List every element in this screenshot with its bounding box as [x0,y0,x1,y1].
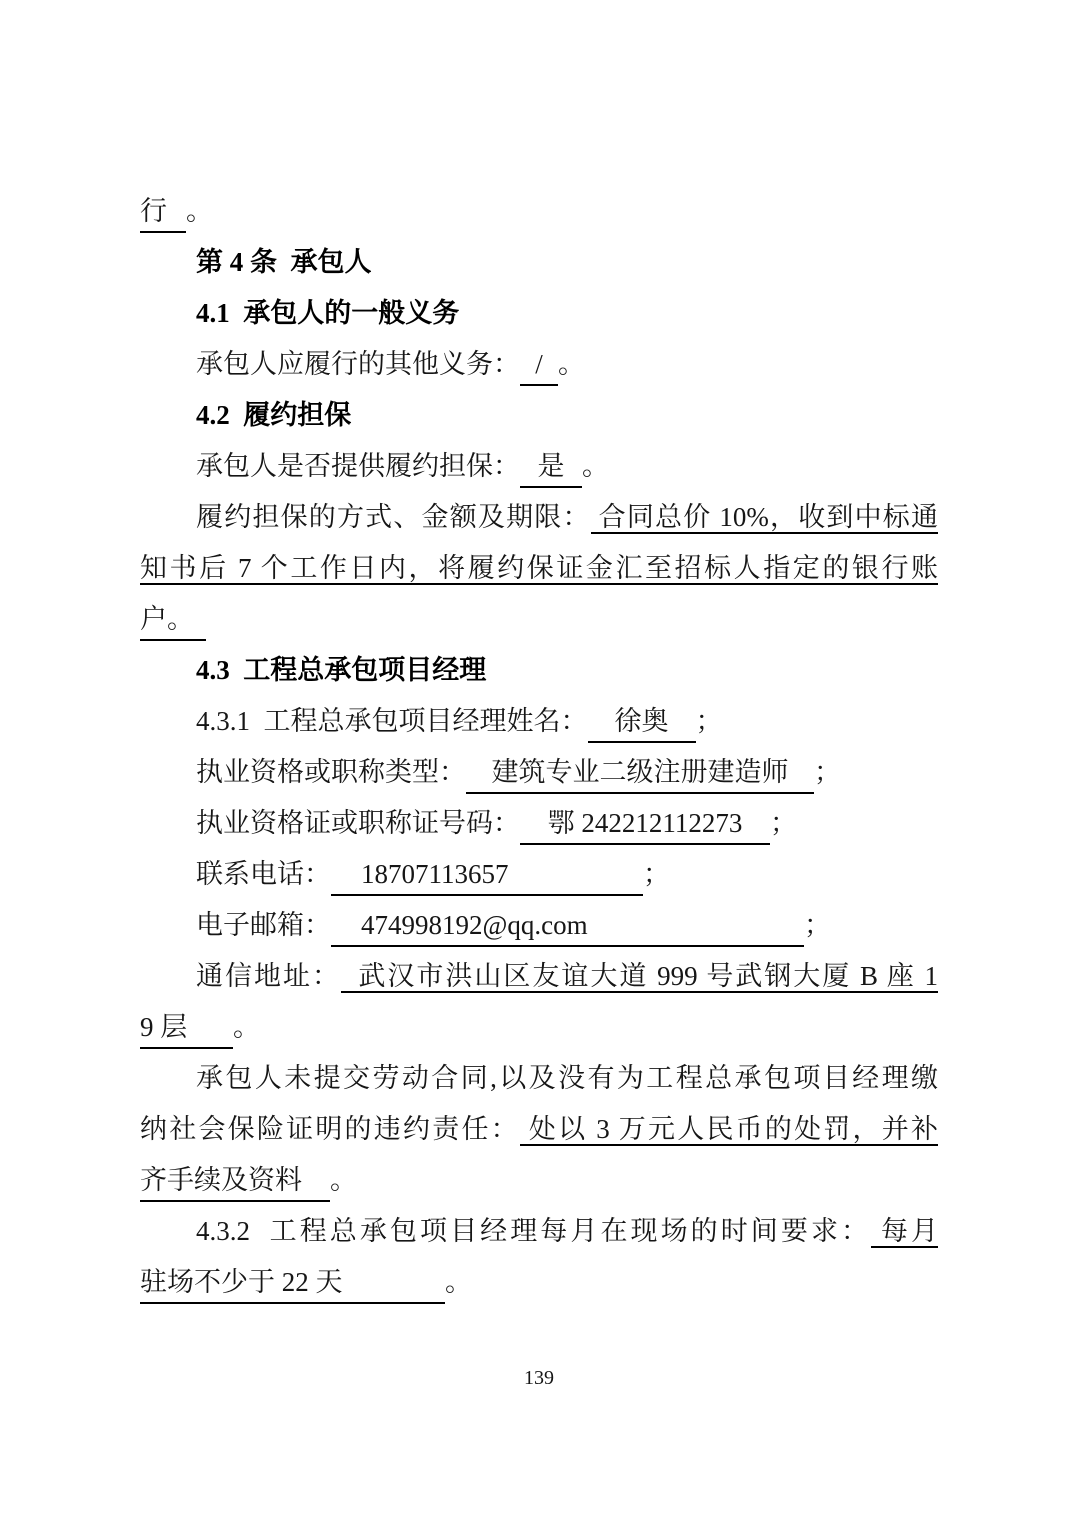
fill-email: 474998192@qq.com [331,905,804,947]
fill-liability-line3: 齐手续及资料 [140,1160,330,1202]
fill-guarantee-provide: 是 [520,446,582,488]
para-guarantee-provide: 承包人是否提供履约担保：是。 [140,441,938,492]
para-liability-line2: 纳社会保险证明的违约责任： 处以 3 万元人民币的处罚，并补 [140,1104,938,1155]
fill-address-line1: 武汉市洪山区友谊大道 999 号武钢大厦 B 座 1 [341,961,938,993]
para-email: 电子邮箱：474998192@qq.com； [140,900,938,951]
para-guarantee-mode-line3: 户。 [140,594,938,645]
para-address-line2: 9 层。 [140,1002,938,1053]
fill-manager-name: 徐奥 [588,701,696,743]
manager-name-label: 4.3.1 工程总承包项目经理姓名： [196,706,588,736]
qualification-number-semicolon: ； [770,808,797,838]
para-liability-line3: 齐手续及资料。 [140,1155,938,1206]
other-obligations-period: 。 [558,349,585,379]
para-qualification-type: 执业资格或职称类型：建筑专业二级注册建造师； [140,747,938,798]
fill-site-time-line1: 每月 [871,1216,938,1248]
fill-guarantee-mode-line1: 合同总价 10%，收到中标通 [591,502,938,534]
fill-site-time-line2: 驻场不少于 22 天 [140,1262,445,1304]
phone-label: 联系电话： [196,859,331,889]
qualification-type-semicolon: ； [814,757,841,787]
page-number: 139 [140,1364,938,1392]
para-site-time-line1: 4.3.2 工程总承包项目经理每月在现场的时间要求： 每月 [140,1206,938,1257]
para-address-line1: 通信地址： 武汉市洪山区友谊大道 999 号武钢大厦 B 座 1 [140,951,938,1002]
fill-guarantee-mode-line2: 知书后 7 个工作日内，将履约保证金汇至招标人指定的银行账 [140,553,938,585]
site-time-period: 。 [445,1267,472,1297]
para-other-obligations: 承包人应履行的其他义务：/。 [140,339,938,390]
section-4-2-heading: 4.2 履约担保 [140,390,938,441]
other-obligations-label: 承包人应履行的其他义务： [196,349,520,379]
fill-address-line2: 9 层 [140,1007,233,1049]
para-qualification-number: 执业资格证或职称证号码：鄂 242212112273； [140,798,938,849]
para-site-time-line2: 驻场不少于 22 天。 [140,1257,938,1308]
para-guarantee-mode-line2: 知书后 7 个工作日内，将履约保证金汇至招标人指定的银行账 [140,543,938,594]
fill-phone: 18707113657 [331,854,643,896]
guarantee-mode-label: 履约担保的方式、金额及期限： [196,502,591,532]
site-time-label: 4.3.2 工程总承包项目经理每月在现场的时间要求： [196,1216,871,1246]
manager-name-semicolon: ； [696,706,723,736]
section-4-3-heading: 4.3 工程总承包项目经理 [140,645,938,696]
section-4-1-heading: 4.1 承包人的一般义务 [140,288,938,339]
guarantee-provide-period: 。 [582,451,609,481]
phone-semicolon: ； [643,859,670,889]
carryover-period: 。 [186,196,213,226]
liability-period: 。 [330,1165,357,1195]
para-liability-line1: 承包人未提交劳动合同,以及没有为工程总承包项目经理缴 [140,1053,938,1104]
email-label: 电子邮箱： [196,910,331,940]
para-phone: 联系电话：18707113657； [140,849,938,900]
guarantee-provide-label: 承包人是否提供履约担保： [196,451,520,481]
address-period: 。 [233,1012,260,1042]
address-label: 通信地址： [196,961,341,991]
para-guarantee-mode-line1: 履约担保的方式、金额及期限： 合同总价 10%，收到中标通 [140,492,938,543]
fill-liability-line2: 处以 3 万元人民币的处罚，并补 [520,1114,938,1146]
carryover-line: 行。 [140,186,938,237]
para-manager-name: 4.3.1 工程总承包项目经理姓名：徐奥； [140,696,938,747]
article-4-heading: 第 4 条 承包人 [140,237,938,288]
qualification-number-label: 执业资格证或职称证号码： [196,808,520,838]
email-semicolon: ； [804,910,831,940]
liability-label: 纳社会保险证明的违约责任： [140,1114,520,1144]
fill-other-obligations: / [520,344,558,386]
fill-guarantee-mode-line3: 户。 [140,599,206,641]
document-page: 行。 第 4 条 承包人 4.1 承包人的一般义务 承包人应履行的其他义务：/。… [0,0,1074,1520]
fill-qualification-number: 鄂 242212112273 [520,803,770,845]
qualification-type-label: 执业资格或职称类型： [196,757,466,787]
fill-qualification-type: 建筑专业二级注册建造师 [466,752,814,794]
fill-carryover: 行 [140,191,186,233]
